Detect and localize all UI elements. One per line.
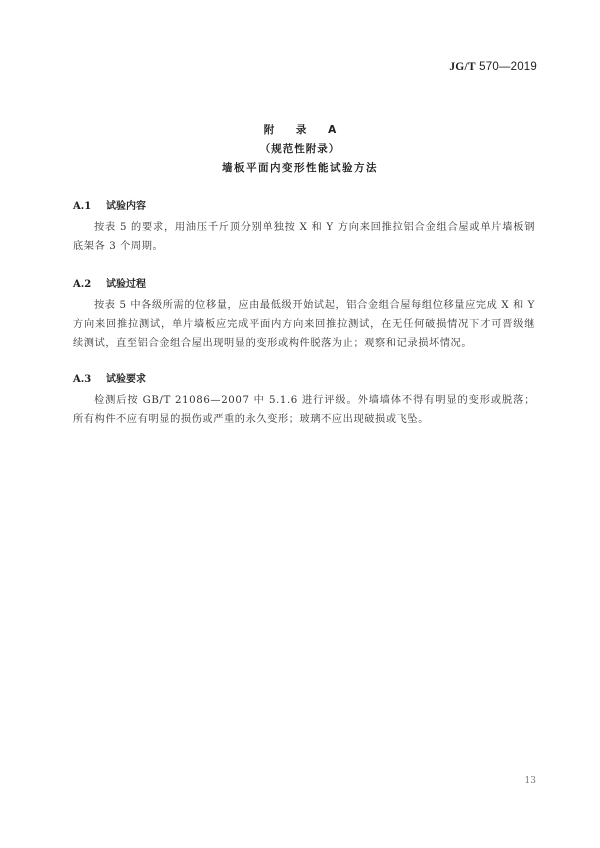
section-title: 试验过程	[106, 279, 146, 290]
section-heading-a1: A.1试验内容	[73, 197, 146, 212]
page-number: 13	[525, 776, 536, 786]
section-body-a3: 检测后按 GB/T 21086—2007 中 5.1.6 进行评级。外墙墙体不得…	[73, 391, 535, 429]
standard-year-number: 570—2019	[479, 61, 537, 73]
section-body-a2: 按表 5 中各级所需的位移量，应由最低级开始试起，铝合金组合屋每组位移量应完成 …	[73, 296, 535, 353]
section-number: A.1	[73, 201, 106, 212]
section-body-a1: 按表 5 的要求，用油压千斤顶分别单独按 X 和 Y 方向来回推拉铝合金组合屋或…	[73, 218, 535, 256]
appendix-type: （规范性附录）	[0, 140, 600, 159]
section-heading-a2: A.2试验过程	[73, 275, 146, 290]
section-number: A.3	[73, 374, 106, 385]
section-title: 试验内容	[106, 201, 146, 212]
section-title: 试验要求	[106, 374, 146, 385]
appendix-subject: 墙板平面内变形性能试验方法	[0, 159, 600, 178]
appendix-heading: 附 录 A （规范性附录） 墙板平面内变形性能试验方法	[0, 121, 600, 178]
section-number: A.2	[73, 279, 106, 290]
appendix-title: 附 录 A	[0, 121, 600, 140]
standard-number: JG/T 570—2019	[449, 61, 537, 73]
standard-code: JG/T	[449, 61, 475, 73]
section-heading-a3: A.3试验要求	[73, 370, 146, 385]
